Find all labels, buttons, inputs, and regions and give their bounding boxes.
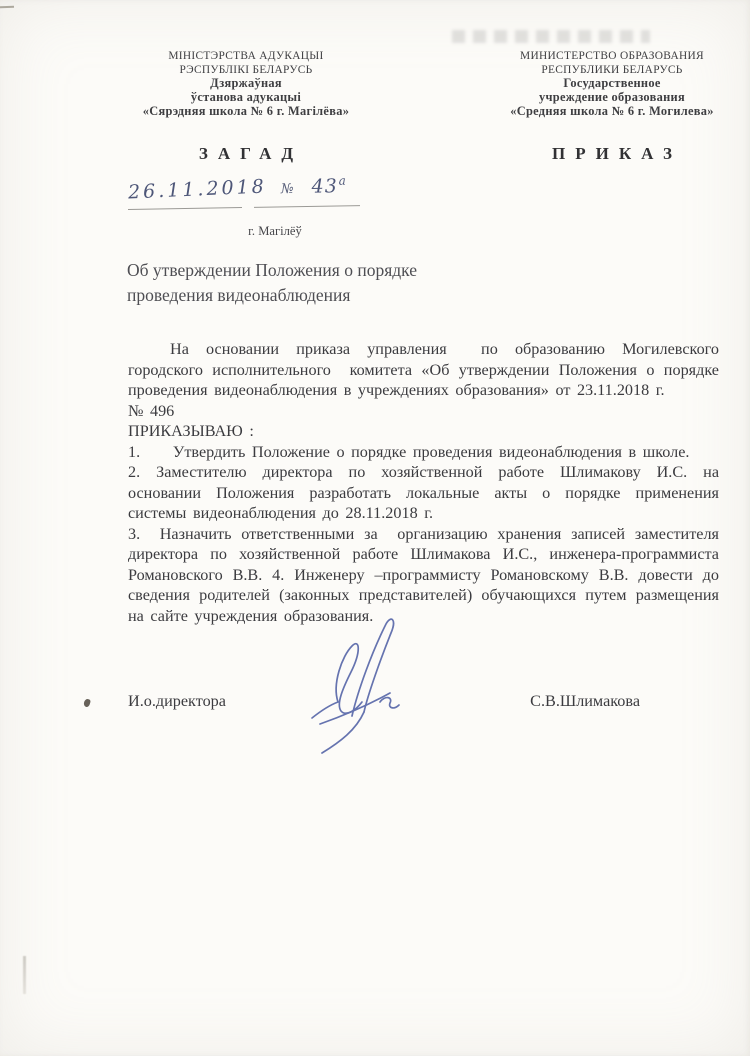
- org-line: учреждение образования: [504, 91, 720, 105]
- org-line: Дзяржаўная: [128, 77, 364, 91]
- doc-type-label-belarusian: ЗАГАД: [128, 144, 364, 164]
- order-item: 1. Утвердить Положение о порядке проведе…: [128, 442, 719, 463]
- org-block-russian: МИНИСТЕРСТВО ОБРАЗОВАНИЯ РЕСПУБЛИКИ БЕЛА…: [504, 50, 720, 164]
- org-line: «Сярэдняя школа № 6 г. Магілёва»: [128, 105, 364, 119]
- scan-artifact-bottom-left: [23, 956, 26, 994]
- doc-type-label-russian: ПРИКАЗ: [504, 144, 720, 164]
- order-number-handwritten: 43а: [311, 174, 347, 198]
- org-line: «Средняя школа № 6 г. Могилева»: [504, 105, 720, 119]
- date-handwritten: 26.11.2018: [128, 176, 268, 204]
- org-line: Государственное: [504, 77, 720, 91]
- org-block-belarusian: МІНІСТЭРСТВА АДУКАЦЫІ РЭСПУБЛІКІ БЕЛАРУС…: [128, 50, 364, 164]
- basis-paragraph: На основании приказа управления по образ…: [128, 339, 719, 401]
- signature-row: И.о.директора С.В.Шлимакова: [128, 692, 640, 711]
- city-label: г. Магілёў: [195, 224, 355, 239]
- order-number-suffix: а: [338, 174, 347, 188]
- org-line: МИНИСТЕРСТВО ОБРАЗОВАНИЯ: [504, 50, 720, 64]
- order-subject: Об утверждении Положения о порядке прове…: [127, 258, 477, 307]
- scan-artifact-ink-speck: [83, 698, 91, 707]
- scanned-order-document: МІНІСТЭРСТВА АДУКАЦЫІ РЭСПУБЛІКІ БЕЛАРУС…: [0, 0, 750, 1056]
- scan-artifact-top-left: [0, 6, 14, 8]
- org-line: ўстанова адукацыі: [128, 91, 364, 105]
- org-line: РЭСПУБЛІКІ БЕЛАРУСЬ: [128, 64, 364, 78]
- bleed-through-ghost-text: [452, 30, 650, 43]
- requisites-row: 26.11.2018№43а: [128, 173, 379, 203]
- order-item: 2. Заместителю директора по хозяйственно…: [128, 462, 719, 524]
- date-underline: [128, 207, 242, 210]
- org-line: РЕСПУБЛИКИ БЕЛАРУСЬ: [504, 64, 720, 78]
- basis-order-number: № 496: [128, 401, 719, 422]
- decree-word: ПРИКАЗЫВАЮ :: [128, 421, 719, 442]
- org-line: МІНІСТЭРСТВА АДУКАЦЫІ: [128, 50, 364, 64]
- number-sign: №: [281, 181, 294, 197]
- order-number-value: 43: [311, 175, 338, 198]
- signer-name: С.В.Шлимакова: [530, 692, 640, 711]
- signer-position: И.о.директора: [128, 692, 226, 711]
- letterhead: МІНІСТЭРСТВА АДУКАЦЫІ РЭСПУБЛІКІ БЕЛАРУС…: [128, 50, 720, 164]
- number-underline: [254, 205, 360, 208]
- order-item: 3. Назначить ответственными за организац…: [128, 524, 719, 627]
- order-body: На основании приказа управления по образ…: [128, 339, 719, 626]
- handwritten-signature: [296, 618, 428, 754]
